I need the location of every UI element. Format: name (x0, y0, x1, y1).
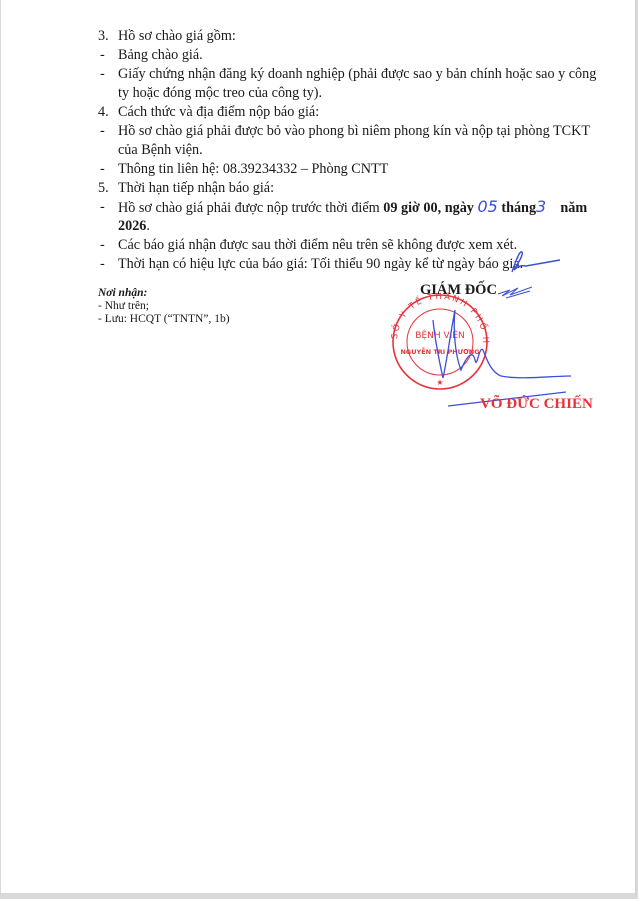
document-page: 3. Hồ sơ chào giá gồm: - Bảng chào giá. … (1, 0, 636, 893)
section-4-item-cont: của Bệnh viện. (118, 141, 203, 159)
section-5-item: Các báo giá nhận được sau thời điểm nêu … (118, 236, 517, 254)
deadline-prefix: Hồ sơ chào giá phải được nộp trước thời … (118, 200, 383, 216)
section-4-item: Hồ sơ chào giá phải được bỏ vào phong bì… (118, 122, 590, 140)
section-5-item: Thời hạn có hiệu lực của báo giá: Tối th… (118, 255, 523, 273)
deadline-time: 09 giờ 00, ngày (383, 200, 477, 216)
bullet-dash: - (100, 198, 105, 216)
initials-scribble-icon (506, 246, 566, 274)
section-3-item: Bảng chào giá. (118, 46, 203, 64)
deadline-year-label: năm (560, 200, 587, 216)
section-3-heading: Hồ sơ chào giá gồm: (118, 27, 236, 45)
deadline-day-handwritten: 05 (477, 197, 497, 216)
deadline-month-handwritten: 3 (536, 197, 546, 216)
section-3-item-cont: ty hoặc đóng mộc treo của công ty). (118, 84, 322, 102)
section-4-contact: Thông tin liên hệ: 08.39234332 – Phòng C… (118, 160, 388, 178)
bullet-dash: - (100, 46, 105, 64)
bullet-dash: - (100, 65, 105, 83)
signer-name: VÕ ĐỨC CHIẾN (480, 396, 593, 413)
title-scribble-icon (496, 282, 538, 300)
section-3-item: Giấy chứng nhận đăng ký doanh nghiệp (ph… (118, 65, 596, 83)
recipient-item: - Như trên; (98, 299, 149, 313)
recipients-label: Nơi nhận: (98, 286, 147, 300)
deadline-line: Hồ sơ chào giá phải được nộp trước thời … (118, 198, 587, 217)
bullet-dash: - (100, 255, 105, 273)
section-5-number: 5. (98, 179, 109, 197)
bullet-dash: - (100, 160, 105, 178)
section-4-number: 4. (98, 103, 109, 121)
deadline-year: 2026 (118, 218, 146, 234)
deadline-month-label: tháng (501, 200, 536, 216)
section-4-heading: Cách thức và địa điểm nộp báo giá: (118, 103, 319, 121)
section-3-number: 3. (98, 27, 109, 45)
recipient-item: - Lưu: HCQT (“TNTN”, 1b) (98, 312, 230, 326)
bullet-dash: - (100, 122, 105, 140)
bullet-dash: - (100, 236, 105, 254)
director-signature-icon (421, 300, 571, 390)
deadline-year-line: 2026. (118, 217, 150, 235)
section-5-heading: Thời hạn tiếp nhận báo giá: (118, 179, 274, 197)
